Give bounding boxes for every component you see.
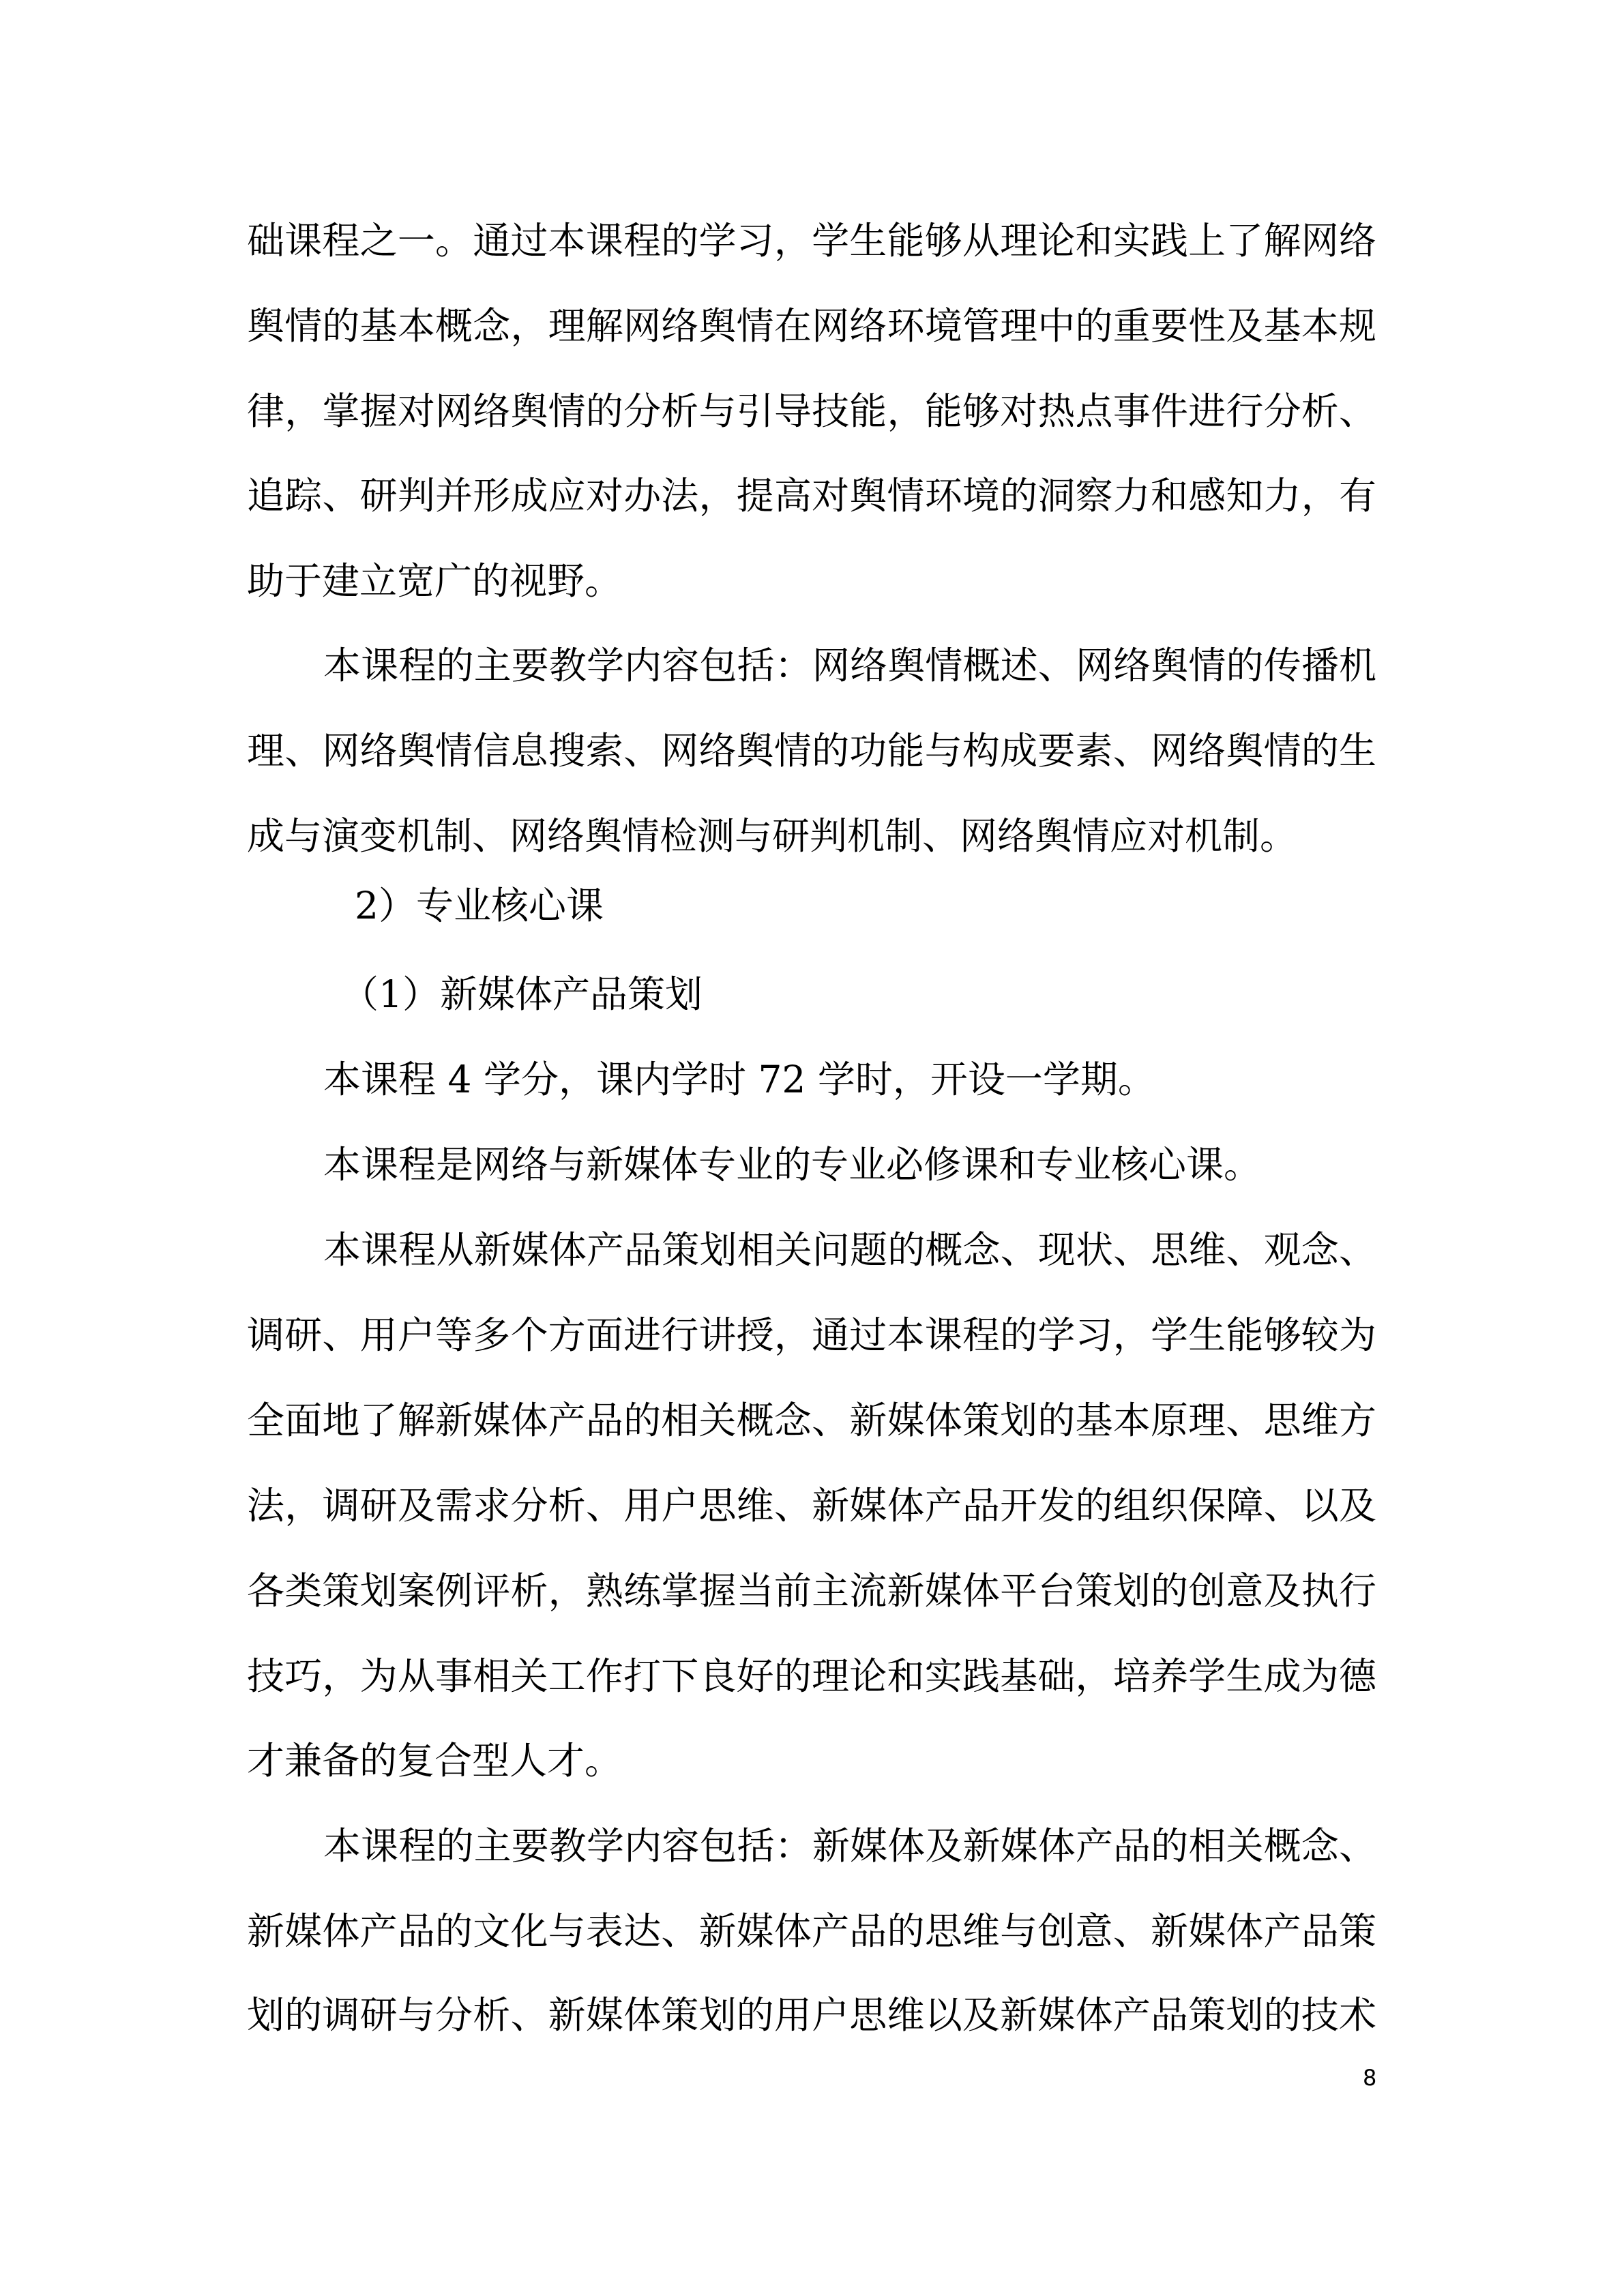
paragraph-line: 助于建立宽广的视野。: [247, 560, 1376, 602]
paragraph-line: 础课程之一。通过本课程的学习，学生能够从理论和实践上了解网络: [247, 220, 1376, 262]
subsection-heading: （1）新媒体产品策划: [341, 973, 1296, 1015]
paragraph-line: 本课程 4 学分，课内学时 72 学时，开设一学期。: [323, 1058, 1376, 1101]
paragraph-line: 技巧，为从事相关工作打下良好的理论和实践基础，培养学生成为德: [247, 1655, 1376, 1697]
paragraph-line: 成与演变机制、网络舆情检测与研判机制、网络舆情应对机制。: [247, 815, 1376, 857]
paragraph-line: 追踪、研判并形成应对办法，提高对舆情环境的洞察力和感知力，有: [247, 475, 1376, 517]
paragraph-line: 新媒体产品的文化与表达、新媒体产品的思维与创意、新媒体产品策: [247, 1910, 1376, 1952]
paragraph-line: 舆情的基本概念，理解网络舆情在网络环境管理中的重要性及基本规: [247, 305, 1376, 347]
page-number: 8: [1363, 2066, 1376, 2089]
paragraph-line: 全面地了解新媒体产品的相关概念、新媒体策划的基本原理、思维方: [247, 1399, 1376, 1442]
paragraph-line: 划的调研与分析、新媒体策划的用户思维以及新媒体产品策划的技术: [247, 1994, 1376, 2036]
paragraph-line: 本课程从新媒体产品策划相关问题的概念、现状、思维、观念、: [323, 1229, 1376, 1271]
paragraph-line: 才兼备的复合型人才。: [247, 1740, 1376, 1782]
paragraph-line: 律，掌握对网络舆情的分析与引导技能，能够对热点事件进行分析、: [247, 390, 1376, 432]
paragraph-line: 本课程是网络与新媒体专业的专业必修课和专业核心课。: [323, 1144, 1376, 1186]
paragraph-line: 调研、用户等多个方面进行讲授，通过本课程的学习，学生能够较为: [247, 1314, 1376, 1356]
section-heading: 2）专业核心课: [355, 884, 1310, 927]
paragraph-line: 本课程的主要教学内容包括：新媒体及新媒体产品的相关概念、: [323, 1825, 1376, 1867]
paragraph-line: 法，调研及需求分析、用户思维、新媒体产品开发的组织保障、以及: [247, 1485, 1376, 1527]
paragraph-line: 理、网络舆情信息搜索、网络舆情的功能与构成要素、网络舆情的生: [247, 730, 1376, 772]
document-page: 础课程之一。通过本课程的学习，学生能够从理论和实践上了解网络 舆情的基本概念，理…: [0, 0, 1624, 2296]
paragraph-line: 本课程的主要教学内容包括：网络舆情概述、网络舆情的传播机: [323, 644, 1376, 687]
paragraph-line: 各类策划案例评析，熟练掌握当前主流新媒体平台策划的创意及执行: [247, 1570, 1376, 1612]
